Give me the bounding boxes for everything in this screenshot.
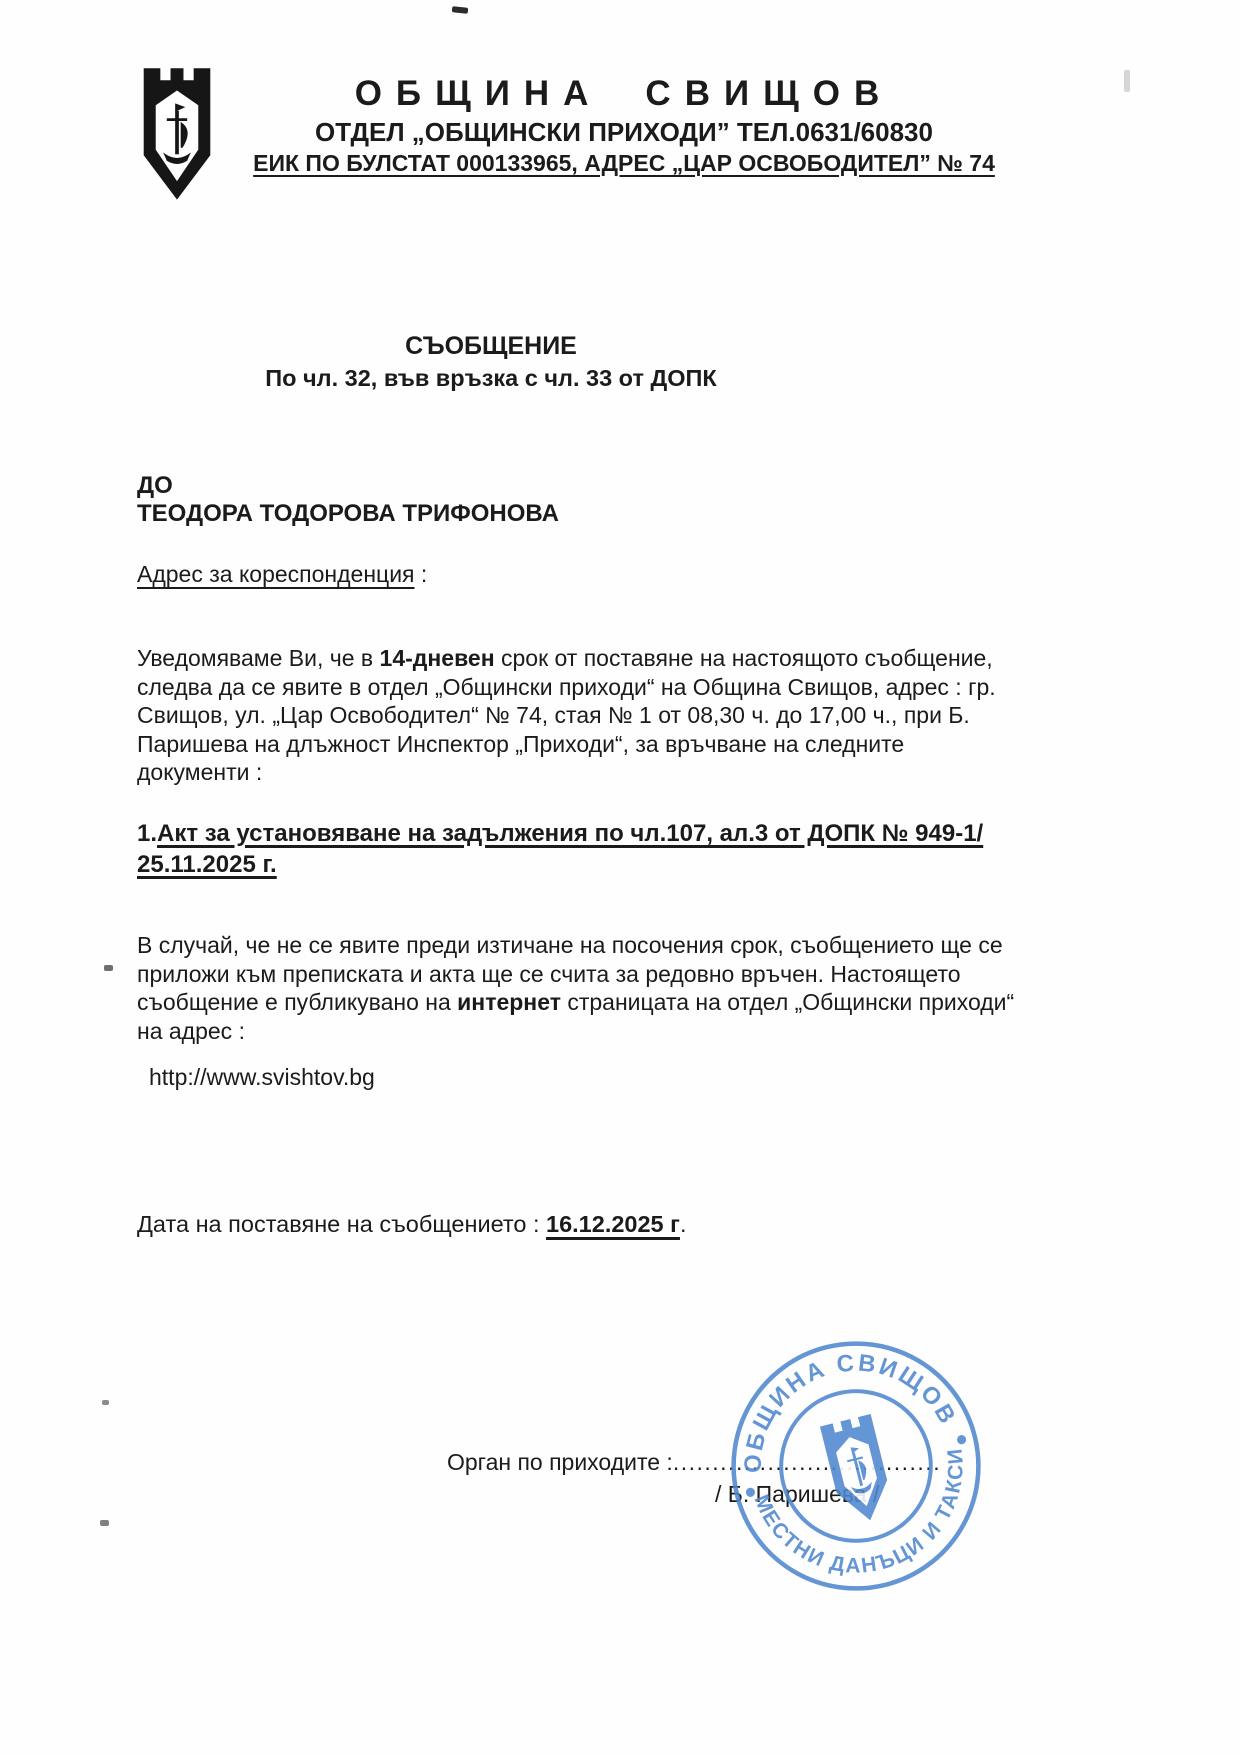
notice-subtitle: По чл. 32, във връзка с чл. 33 от ДОПК [135, 364, 847, 393]
scanned-document-page: ОБЩИНА СВИЩОВ ОТДЕЛ „ОБЩИНСКИ ПРИХОДИ” Т… [0, 0, 1240, 1754]
correspondence-address-line: Адрес за кореспонденция : [137, 560, 427, 588]
document-header: ОБЩИНА СВИЩОВ ОТДЕЛ „ОБЩИНСКИ ПРИХОДИ” Т… [140, 58, 1020, 208]
notice-paragraph: Уведомяваме Ви, че в 14-дневен срок от п… [137, 644, 1015, 787]
addressee-block: ДО ТЕОДОРА ТОДОРОВА ТРИФОНОВА [137, 472, 559, 528]
scan-artifact [452, 6, 469, 14]
documents-list: 1.Акт за установяване на задължения по ч… [137, 818, 1039, 880]
municipality-name: ОБЩИНА СВИЩОВ [228, 74, 1020, 114]
disclaimer-paragraph: В случай, че не се явите преди изтичане … [137, 931, 1015, 1045]
correspondence-address-colon: : [415, 561, 428, 587]
posting-date-line: Дата на поставяне на съобщението : 16.12… [137, 1210, 686, 1239]
notice-title: СЪОБЩЕНИЕ [135, 331, 847, 361]
scan-artifact [104, 965, 113, 971]
municipal-stamp: ОБЩИНА СВИЩОВ МЕСТНИ ДАНЪЦИ И ТАКСИ [691, 1301, 1021, 1631]
addressee-to-label: ДО [137, 472, 559, 500]
municipal-stamp-seal: ОБЩИНА СВИЩОВ МЕСТНИ ДАНЪЦИ И ТАКСИ [691, 1301, 1021, 1631]
scan-artifact [100, 1520, 109, 1526]
document-item-number: 1. [137, 820, 157, 847]
stamp-left-separator-dot [745, 1487, 756, 1498]
header-text-block: ОБЩИНА СВИЩОВ ОТДЕЛ „ОБЩИНСКИ ПРИХОДИ” Т… [228, 58, 1020, 208]
scan-artifact [102, 1400, 109, 1405]
posting-date-label: Дата на поставяне на съобщението : [137, 1211, 546, 1237]
document-item-text: Акт за установяване на задължения по чл.… [137, 820, 983, 878]
stamp-right-separator-dot [956, 1434, 967, 1445]
posting-date-suffix: . [680, 1211, 687, 1237]
notice-text-part1: Уведомяваме Ви, че в [137, 645, 380, 671]
stamp-crest-icon [820, 1414, 896, 1527]
correspondence-address-label: Адрес за кореспонденция [137, 561, 415, 587]
addressee-name: ТЕОДОРА ТОДОРОВА ТРИФОНОВА [137, 500, 559, 528]
website-url: http://www.svishtov.bg [149, 1063, 375, 1091]
internet-emphasis: интернет [457, 989, 561, 1015]
scan-artifact [1124, 70, 1130, 92]
notice-title-block: СЪОБЩЕНИЕ По чл. 32, във връзка с чл. 33… [135, 331, 847, 393]
municipality-crest-icon [140, 58, 214, 208]
department-line: ОТДЕЛ „ОБЩИНСКИ ПРИХОДИ” ТЕЛ.0631/60830 [228, 117, 1020, 148]
deadline-emphasis: 14-дневен [380, 645, 495, 671]
bulstat-address-line: ЕИК ПО БУЛСТАТ 000133965, АДРЕС „ЦАР ОСВ… [228, 149, 1020, 177]
signature-label: Орган по приходите : [447, 1449, 673, 1475]
posting-date-value: 16.12.2025 г [546, 1211, 680, 1237]
